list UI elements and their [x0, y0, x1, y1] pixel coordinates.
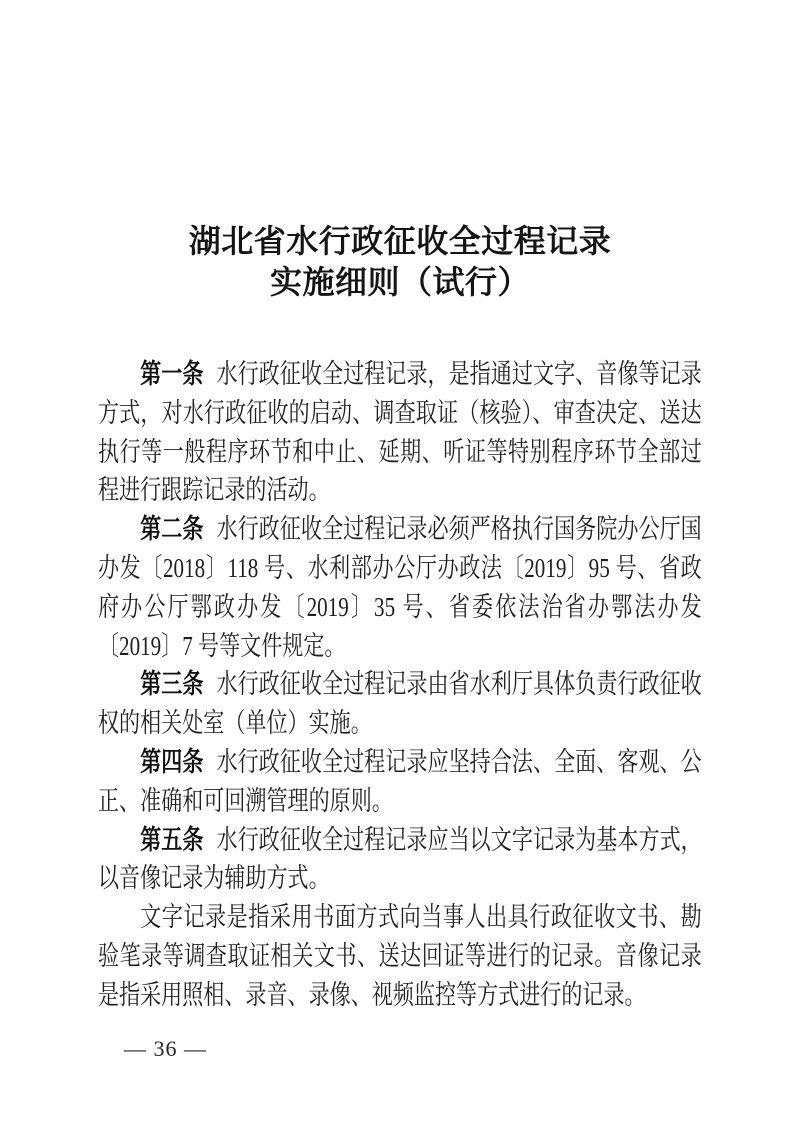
document-title: 湖北省水行政征收全过程记录 实施细则（试行）: [0, 221, 800, 303]
page-number: — 36 —: [124, 1036, 207, 1061]
article-paragraph-3: 第三条水行政征收全过程记录由省水利厅具体负责行政征收权的相关处室（单位）实施。: [98, 665, 702, 743]
article-6-text: 文字记录是指采用书面方式向当事人出具行政征收文书、勘验笔录等调查取证相关文书、送…: [98, 902, 702, 1010]
document-body: 第一条水行政征收全过程记录，是指通过文字、音像等记录方式，对水行政征收的启动、调…: [98, 355, 702, 1015]
article-paragraph-1: 第一条水行政征收全过程记录，是指通过文字、音像等记录方式，对水行政征收的启动、调…: [98, 355, 702, 510]
title-line-2: 实施细则（试行）: [0, 262, 800, 303]
title-line-1: 湖北省水行政征收全过程记录: [0, 221, 800, 262]
article-5-label: 第五条: [140, 825, 203, 855]
document-page: 湖北省水行政征收全过程记录 实施细则（试行） 第一条水行政征收全过程记录，是指通…: [0, 0, 800, 1132]
article-paragraph-5: 第五条水行政征收全过程记录应当以文字记录为基本方式，以音像记录为辅助方式。: [98, 821, 702, 899]
page-footer: — 36 —: [124, 1036, 207, 1062]
article-4-label: 第四条: [140, 747, 203, 777]
article-paragraph-6: 文字记录是指采用书面方式向当事人出具行政征收文书、勘验笔录等调查取证相关文书、送…: [98, 898, 702, 1014]
article-3-label: 第三条: [140, 669, 203, 699]
article-1-label: 第一条: [140, 359, 203, 389]
article-paragraph-2: 第二条水行政征收全过程记录必须严格执行国务院办公厅国办发〔2018〕118 号、…: [98, 510, 702, 665]
article-2-label: 第二条: [140, 514, 203, 544]
article-paragraph-4: 第四条水行政征收全过程记录应坚持合法、全面、客观、公正、准确和可回溯管理的原则。: [98, 743, 702, 821]
